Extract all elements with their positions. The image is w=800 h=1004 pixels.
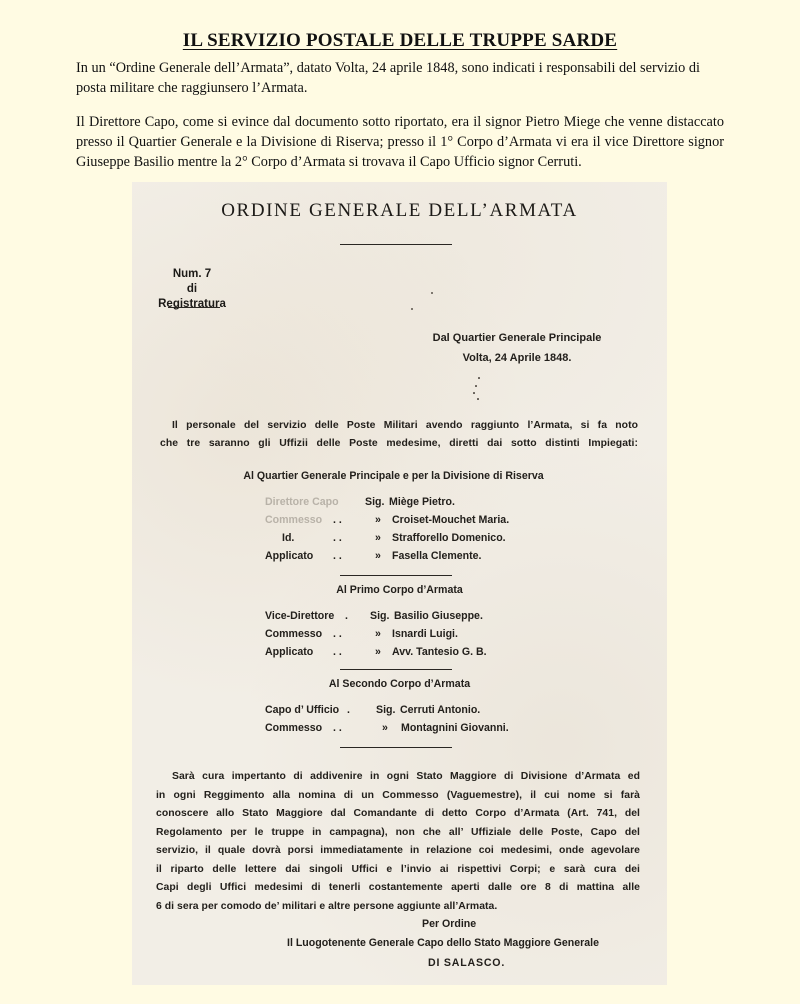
staff-dots: . . xyxy=(333,628,342,640)
ink-speck xyxy=(431,292,433,294)
staff-prefix: » xyxy=(375,550,381,562)
section-heading-quartier-generale: Al Quartier Generale Principale e per la… xyxy=(132,470,661,482)
staff-prefix: » xyxy=(375,514,381,526)
staff-prefix: Sig. xyxy=(370,610,389,622)
signature-per-ordine: Per Ordine xyxy=(422,918,476,930)
closing-line: Regolamento per le truppe in campagna), … xyxy=(156,824,640,843)
staff-name: Isnardi Luigi. xyxy=(392,628,458,640)
section-heading-primo-corpo: Al Primo Corpo d’Armata xyxy=(132,584,667,596)
staff-name: Basilio Giuseppe. xyxy=(394,610,483,622)
staff-dots: . . xyxy=(333,532,342,544)
ink-speck xyxy=(473,392,475,394)
document-scan: ORDINE GENERALE DELL’ARMATA Num. 7 di Re… xyxy=(132,182,667,985)
ink-speck xyxy=(475,385,477,387)
staff-dots: . . xyxy=(333,722,342,734)
staff-role: Commesso xyxy=(265,514,322,526)
staff-prefix: Sig. xyxy=(365,496,384,508)
opening-line: Il personale del servizio delle Poste Mi… xyxy=(160,417,638,435)
intro-paragraph-1: In un “Ordine Generale dell’Armata”, dat… xyxy=(76,58,724,98)
ink-speck xyxy=(478,377,480,379)
staff-dots: . . xyxy=(333,550,342,562)
closing-line: in ogni Reggimento alla nomina di un Com… xyxy=(156,787,640,806)
staff-role: Id. xyxy=(282,532,294,544)
staff-role: Applicato xyxy=(265,646,313,658)
section-divider xyxy=(340,669,452,670)
section-divider xyxy=(340,747,452,748)
closing-paragraph: Sarà cura impertanto di addivenire in og… xyxy=(156,768,640,916)
section-heading-secondo-corpo: Al Secondo Corpo d’Armata xyxy=(132,678,667,690)
staff-name: Croiset-Mouchet Maria. xyxy=(392,514,509,526)
origin-line-1: Dal Quartier Generale Principale xyxy=(402,328,632,348)
closing-line: conoscere allo Stato Maggiore dal Comand… xyxy=(156,805,640,824)
staff-prefix: » xyxy=(375,646,381,658)
registry-number: Num. 7 xyxy=(152,267,232,282)
origin-block: Dal Quartier Generale Principale Volta, … xyxy=(402,328,632,368)
staff-dots: . . xyxy=(333,514,342,526)
signature-name: DI SALASCO. xyxy=(428,957,505,969)
page-title: IL SERVIZIO POSTALE DELLE TRUPPE SARDE xyxy=(0,30,800,52)
staff-name: Miège Pietro. xyxy=(389,496,455,508)
title-divider xyxy=(340,244,452,245)
staff-role: Vice-Direttore xyxy=(265,610,334,622)
closing-line: Capi degli Uffici medesimi di tenerli co… xyxy=(156,879,640,898)
staff-prefix: Sig. xyxy=(376,704,395,716)
staff-role: Commesso xyxy=(265,628,322,640)
closing-line: 6 di sera per comodo de’ militari e altr… xyxy=(156,898,640,917)
document-title: ORDINE GENERALE DELL’ARMATA xyxy=(132,200,667,222)
intro-paragraph-2: Il Direttore Capo, come si evince dal do… xyxy=(76,112,724,172)
staff-dots: . xyxy=(345,610,348,622)
staff-prefix: » xyxy=(382,722,388,734)
closing-line: servizio, il quale dovrà porsi immediata… xyxy=(156,842,640,861)
registry-number-block: Num. 7 di Registratura xyxy=(152,267,232,312)
staff-dots: . . xyxy=(333,646,342,658)
closing-line: il riparto delle lettere dai singoli Uff… xyxy=(156,861,640,880)
staff-name: Fasella Clemente. xyxy=(392,550,482,562)
staff-role: Direttore Capo xyxy=(265,496,339,508)
staff-role: Commesso xyxy=(265,722,322,734)
section-divider xyxy=(340,575,452,576)
closing-line: Sarà cura impertanto di addivenire in og… xyxy=(156,768,640,787)
staff-dots: . xyxy=(347,704,350,716)
staff-role: Applicato xyxy=(265,550,313,562)
signature-title: Il Luogotenente Generale Capo dello Stat… xyxy=(287,937,599,949)
staff-name: Strafforello Domenico. xyxy=(392,532,506,544)
origin-date: Volta, 24 Aprile 1848. xyxy=(402,348,632,368)
staff-prefix: » xyxy=(375,628,381,640)
ink-speck xyxy=(411,308,413,310)
opening-paragraph: Il personale del servizio delle Poste Mi… xyxy=(160,417,638,453)
ink-speck xyxy=(477,398,479,400)
staff-name: Cerruti Antonio. xyxy=(400,704,480,716)
opening-line: che tre saranno gli Uffizii delle Poste … xyxy=(160,435,638,453)
staff-role: Capo d’ Ufficio xyxy=(265,704,339,716)
staff-name: Avv. Tantesio G. B. xyxy=(392,646,487,658)
staff-name: Montagnini Giovanni. xyxy=(401,722,509,734)
staff-prefix: » xyxy=(375,532,381,544)
registry-divider xyxy=(168,307,220,308)
